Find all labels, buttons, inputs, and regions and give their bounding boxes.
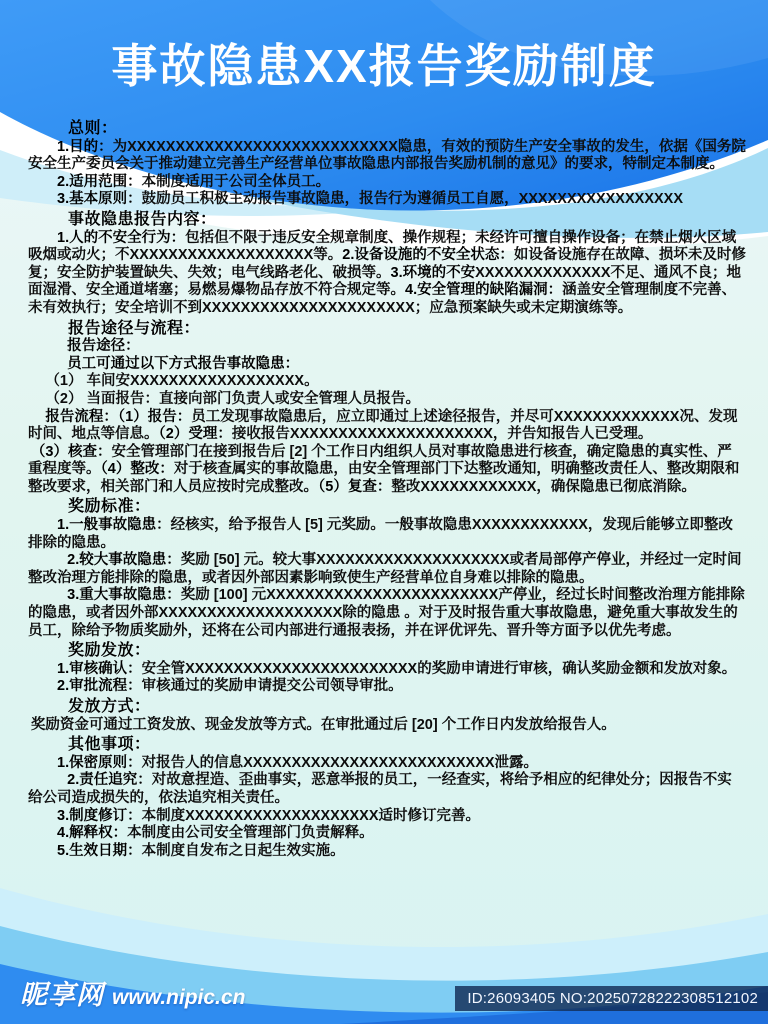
paragraph-lead-text: 2.审批流程： <box>57 678 142 694</box>
page-title: 事故隐患XX报告奖励制度 <box>0 30 768 96</box>
paragraph-lead-text: （5）复查： <box>318 479 391 495</box>
paragraph-text: 为XXXXXXXXXXXXXXXXXXXXXXXXXXXX隐患，有效的预防生产安… <box>28 139 746 173</box>
paragraph-lead-text: 4.解释权： <box>57 825 127 841</box>
paragraph-text: 本制度由公司安全管理部门负责解释。 <box>127 825 374 841</box>
paragraph-lead-text: 1.人的不安全行为： <box>57 230 185 246</box>
paragraph-lead-text: 5.生效日期： <box>57 843 142 859</box>
watermark: 昵享网www.nipic.cn <box>20 973 245 1012</box>
paragraph: 2.审批流程：审核通过的奖励申请提交公司领导审批。 <box>28 678 746 696</box>
paragraph-lead-text: 3.重大事故隐患： <box>67 587 181 603</box>
paragraph-lead-text: 2.设备设施的不安全状态： <box>342 247 514 263</box>
paragraph-text: 对报告人的信息XXXXXXXXXXXXXXXXXXXXXXXXXX泄露。 <box>142 755 538 771</box>
paragraph: 奖励资金可通过工资发放、现金发放等方式。在审批通过后 [20] 个工作日内发放给… <box>28 717 746 735</box>
paragraph: （1） 车间安XXXXXXXXXXXXXXXXXX。 <box>28 373 746 391</box>
stamp-badge: ID:26093405 NO:20250728222308512102 <box>455 986 768 1011</box>
paragraph: 报告流程：（1）报告：员工发现事故隐患后，应立即通过上述途径报告，并尽可XXXX… <box>28 409 746 444</box>
paragraph-lead-text: （2）受理： <box>159 426 232 442</box>
section-heading: 报告途径与流程： <box>68 320 746 338</box>
watermark-site-url: www.nipic.cn <box>112 986 245 1009</box>
paragraph-text: 本制度自发布之日起生效实施。 <box>142 843 345 859</box>
document-body: 总则：1.目的：为XXXXXXXXXXXXXXXXXXXXXXXXXXXX隐患，… <box>0 118 768 860</box>
paragraph-text: 奖励资金可通过工资发放、现金发放等方式。在审批通过后 [20] 个工作日内发放给… <box>31 717 616 733</box>
section-heading: 总则： <box>68 120 746 138</box>
paragraph: 2.较大事故隐患：奖励 [50] 元。较大事XXXXXXXXXXXXXXXXXX… <box>28 552 746 587</box>
paragraph: 1.一般事故隐患：经核实，给予报告人 [5] 元奖励。一般事故隐患XXXXXXX… <box>28 517 746 552</box>
section-heading: 发放方式： <box>68 698 746 716</box>
paragraph-text: 安全管XXXXXXXXXXXXXXXXXXXXXXXX的奖励申请进行审核，确认奖… <box>142 661 737 677</box>
paragraph: 2.责任追究：对故意捏造、歪曲事实，恶意举报的员工，一经查实，将给予相应的纪律处… <box>28 772 746 807</box>
paragraph-text: 整改XXXXXXXXXXXX，确保隐患已彻底消除。 <box>391 479 696 495</box>
section-heading: 事故隐患报告内容： <box>68 211 746 229</box>
paragraph: 员工可通过以下方式报告事故隐患： <box>28 356 746 374</box>
paragraph: 3.重大事故隐患：奖励 [100] 元XXXXXXXXXXXXXXXXXXXXX… <box>28 587 746 640</box>
paragraph: 1.审核确认：安全管XXXXXXXXXXXXXXXXXXXXXXXX的奖励申请进… <box>28 661 746 679</box>
paragraph-lead-text: 1.审核确认： <box>57 661 142 677</box>
paragraph-lead-text: 1.保密原则： <box>57 755 142 771</box>
paragraph-lead-text: 1.一般事故隐患： <box>57 517 171 533</box>
paragraph-lead-text: 2.适用范围： <box>57 174 142 190</box>
paragraph-lead-text: 3.基本原则： <box>57 191 142 207</box>
section-heading: 奖励标准： <box>68 498 746 516</box>
paragraph-lead-text: 报告途径： <box>67 338 140 354</box>
paragraph-text: 审核通过的奖励申请提交公司领导审批。 <box>142 678 403 694</box>
paragraph-lead-text: 报告流程：（1）报告： <box>45 409 191 425</box>
paragraph-lead-text: 1.目的： <box>57 139 113 155</box>
paragraph-text: 本制度XXXXXXXXXXXXXXXXXXXX适时修订完善。 <box>142 808 480 824</box>
paragraph: 2.适用范围：本制度适用于公司全体员工。 <box>28 174 746 192</box>
watermark-site-name: 昵享网 <box>20 980 104 1010</box>
paragraph-text: 鼓励员工积极主动报告事故隐患，报告行为遵循员工自愿，XXXXXXXXXXXXXX… <box>142 191 683 207</box>
paragraph-lead-text: 2.责任追究： <box>67 772 152 788</box>
paragraph: 1.人的不安全行为：包括但不限于违反安全规章制度、操作规程；未经许可擅自操作设备… <box>28 230 746 318</box>
paragraph: 1.保密原则：对报告人的信息XXXXXXXXXXXXXXXXXXXXXXXXXX… <box>28 755 746 773</box>
paragraph-text: （1） 车间安XXXXXXXXXXXXXXXXXX。 <box>45 373 318 389</box>
paragraph: （2） 当面报告：直接向部门负责人或安全管理人员报告。 <box>28 391 746 409</box>
section-heading: 奖励发放： <box>68 642 746 660</box>
paragraph-lead-text: 2.较大事故隐患： <box>67 552 181 568</box>
paragraph-lead-text: （3）核查： <box>31 444 112 460</box>
paragraph: 5.生效日期：本制度自发布之日起生效实施。 <box>28 843 746 861</box>
paragraph-text: （2） 当面报告：直接向部门负责人或安全管理人员报告。 <box>45 391 420 407</box>
paragraph: 4.解释权：本制度由公司安全管理部门负责解释。 <box>28 825 746 843</box>
paragraph: 3.基本原则：鼓励员工积极主动报告事故隐患，报告行为遵循员工自愿，XXXXXXX… <box>28 191 746 209</box>
paragraph-text: 本制度适用于公司全体员工。 <box>142 174 331 190</box>
paragraph-lead-text: 3.环境的不安 <box>391 265 476 281</box>
paragraph-lead-text: （4）整改： <box>101 461 174 477</box>
paragraph: 报告途径： <box>28 338 746 356</box>
paragraph: （3）核查：安全管理部门在接到报告后 [2] 个工作日内组织人员对事故隐患进行核… <box>28 444 746 497</box>
paragraph-lead-text: 3.制度修订： <box>57 808 142 824</box>
paragraph-text: 接收报告XXXXXXXXXXXXXXXXXXXXX，并告知报告人已受理。 <box>232 426 653 442</box>
paragraph: 1.目的：为XXXXXXXXXXXXXXXXXXXXXXXXXXXX隐患，有效的… <box>28 139 746 174</box>
poster-page: 事故隐患XX报告奖励制度 总则：1.目的：为XXXXXXXXXXXXXXXXXX… <box>0 0 768 1024</box>
paragraph: 3.制度修订：本制度XXXXXXXXXXXXXXXXXXXX适时修订完善。 <box>28 808 746 826</box>
section-heading: 其他事项： <box>68 736 746 754</box>
paragraph-lead-text: 4.安全管理的缺陷漏洞： <box>405 282 562 298</box>
paragraph-lead-text: 员工可通过以下方式报告事故隐患： <box>67 356 299 372</box>
